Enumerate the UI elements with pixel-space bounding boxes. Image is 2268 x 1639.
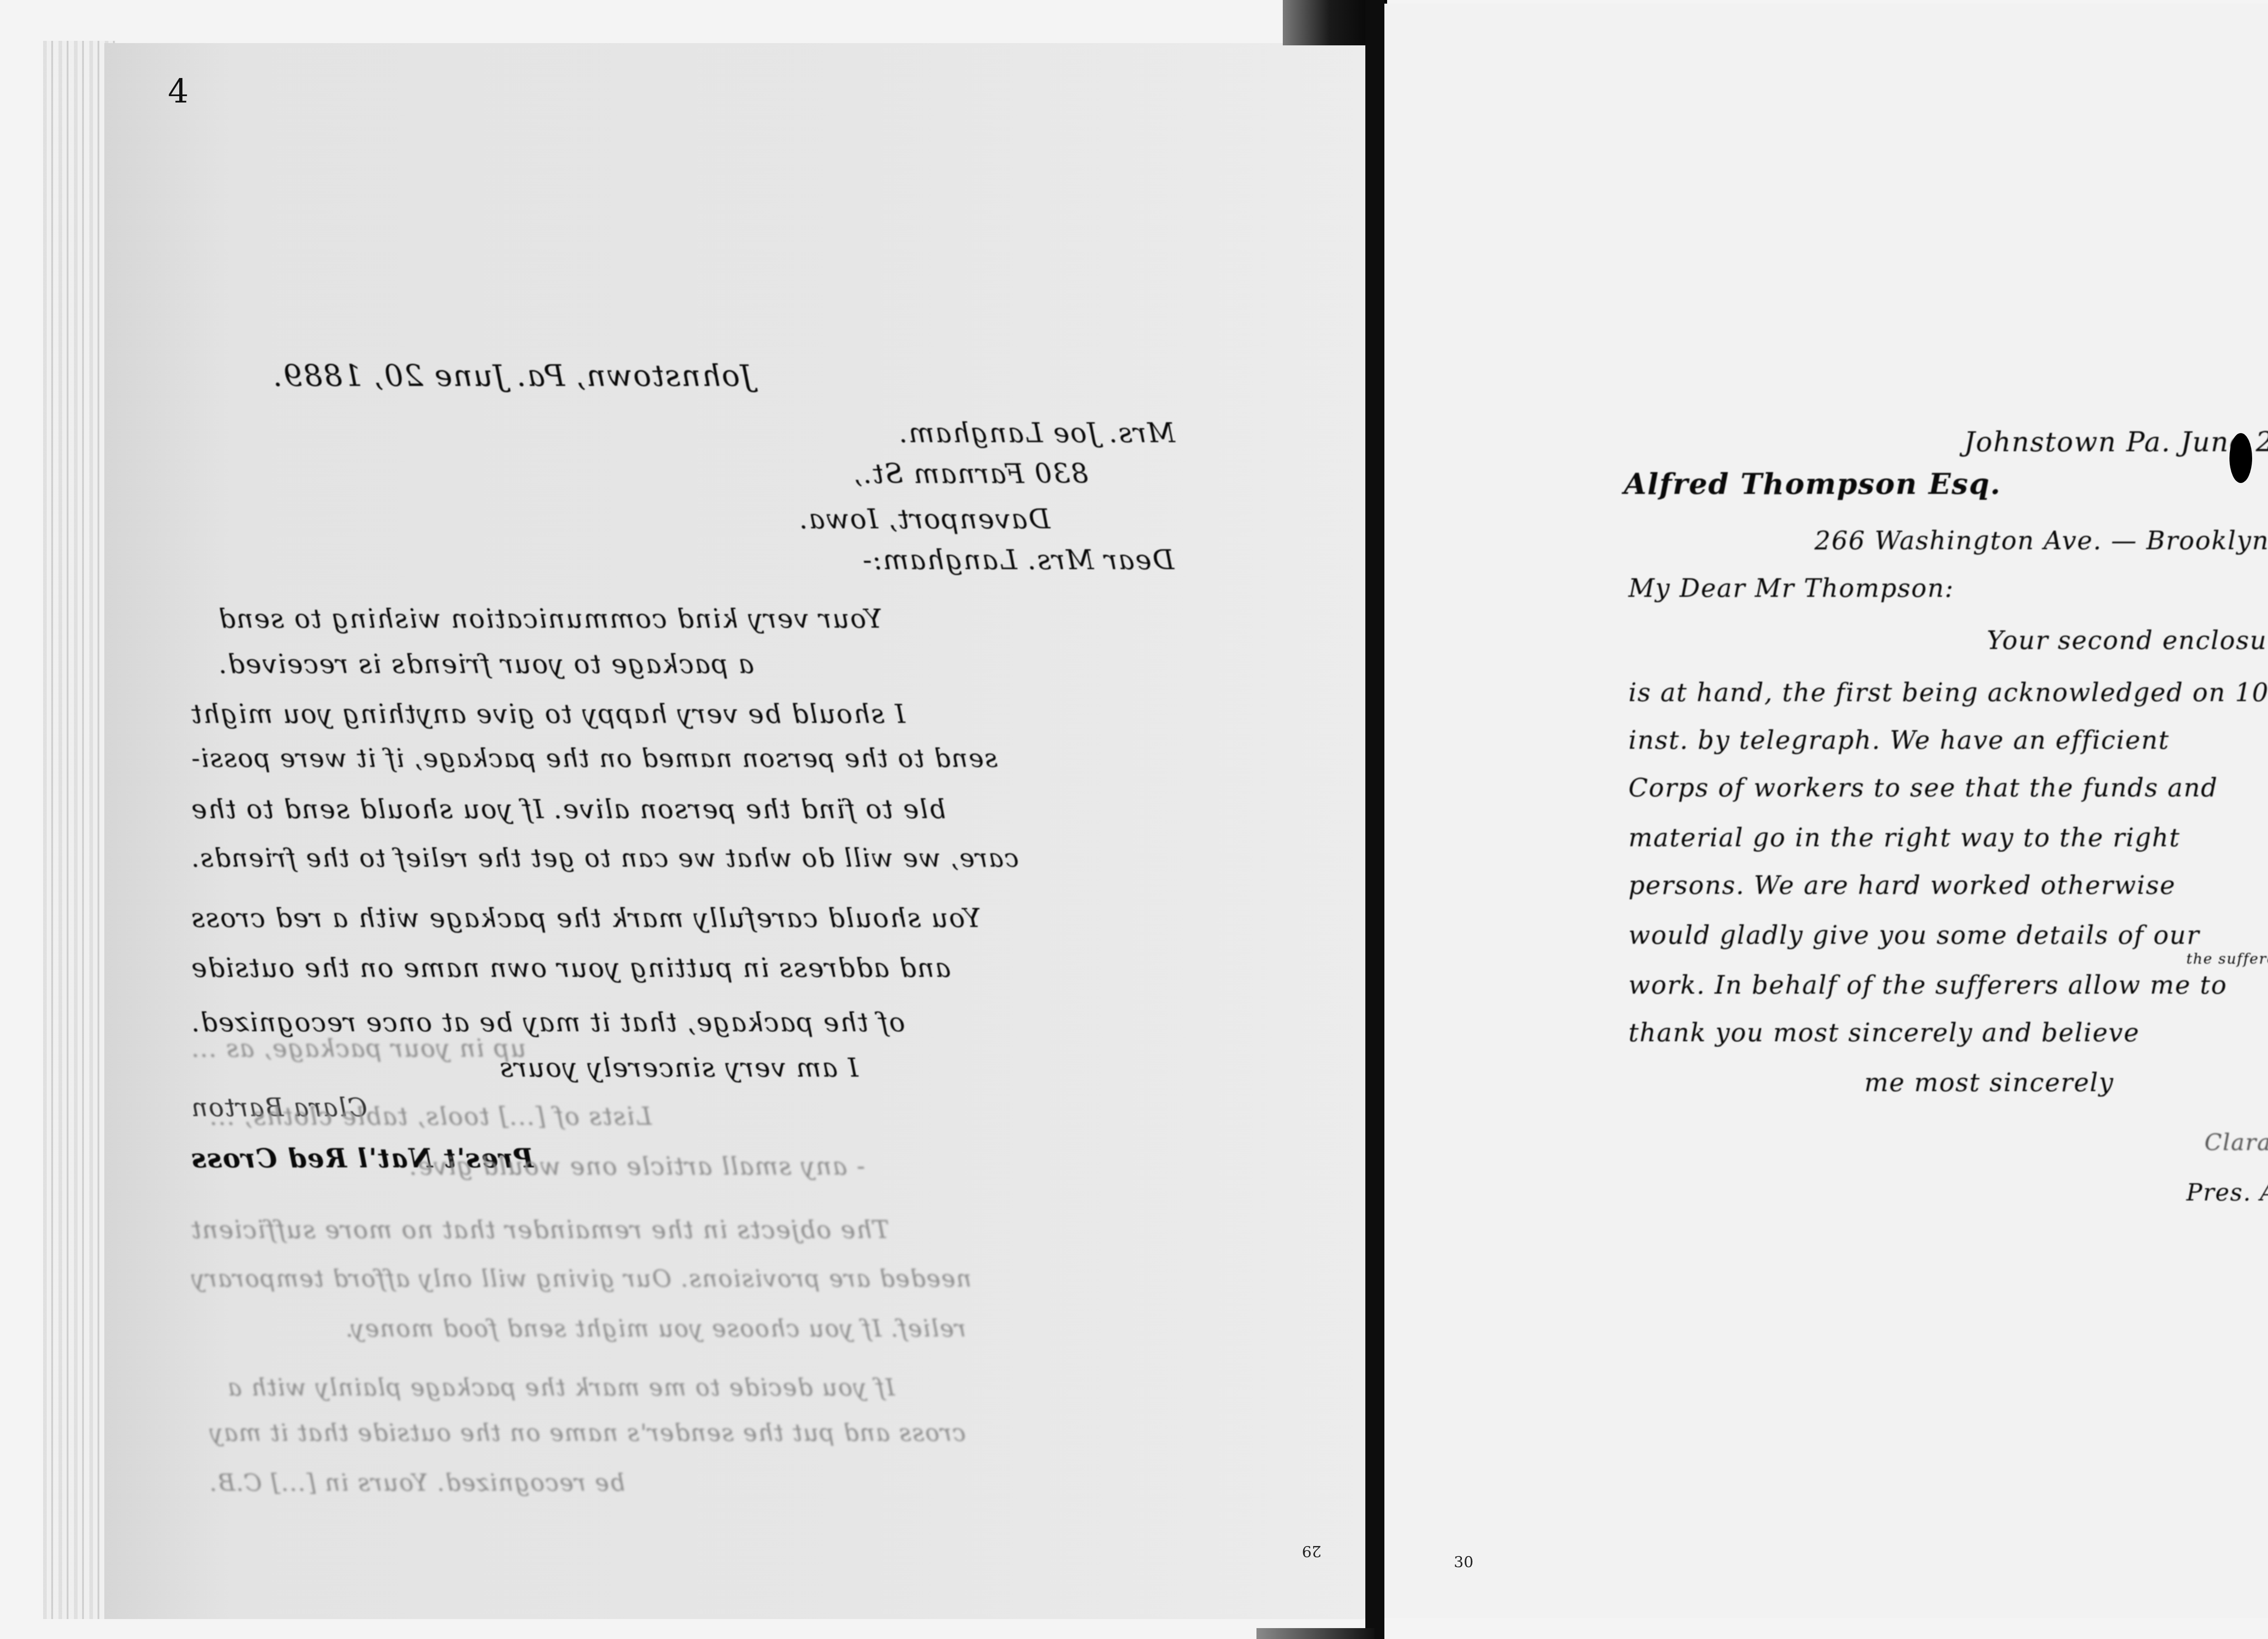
left-page-number: 4 [168,73,189,111]
right-recipient: Alfred Thompson Esq. [1624,467,2001,501]
left-faded-line: cross and put the sender's name on the o… [209,1419,966,1447]
right-address: 266 Washington Ave. — Brooklyn N.Y. [1814,526,2268,556]
right-page [1384,4,2268,1618]
left-body-line: Your very kind communication wishing to … [218,603,882,634]
right-body-line: Corps of workers to see that the funds a… [1628,773,2218,803]
left-body-line: I should be very happy to give anything … [191,698,905,729]
right-signature: Clara Barton [2204,1129,2268,1156]
left-faded-line: be recognized. Yours in [...] C.B. [209,1469,625,1497]
left-faded-line: Lists of [...] tools, table cloths, ... [209,1102,652,1131]
left-body-line: care, we will do what we can to get the … [191,844,1019,873]
right-salutation: My Dear Mr Thompson: [1628,574,1954,603]
right-body-line: persons. We are hard worked otherwise [1628,871,2176,900]
left-recipient-line-2: 830 Farnam St., [853,458,1088,490]
left-recipient-line-1: Mrs. Joe Langham. [898,417,1175,449]
left-dateline: Johnstown, Pa. June 20, 1889. [272,358,753,393]
right-body-line: work. In behalf of the sufferers allow m… [1628,971,2227,1000]
right-body-line: would gladly give you some details of ou… [1628,921,2200,950]
left-faded-line: needed are provisions. Our giving will o… [191,1265,972,1293]
left-faded-line: - any small article one would give. [408,1152,865,1180]
left-faded-line: The objects in the remainder that no mor… [191,1215,889,1244]
left-body-line: a package to your friends is received. [218,649,754,679]
left-folio-number: 29 [1302,1542,1321,1560]
left-body-line: You should carefully mark the package wi… [191,902,981,933]
right-body-line: material go in the right way to the righ… [1628,823,2180,853]
right-body-line: Your second enclosure of $ [1987,626,2268,655]
right-dateline: Johnstown Pa. June 2[?] 1889 [1964,426,2268,458]
right-folio-number: 30 [1454,1553,1473,1571]
right-body-line: is at hand, the first being acknowledged… [1628,678,2268,707]
left-body-line: send to the person named on the package,… [191,744,997,773]
left-body-line: ble to find the person alive. If you sho… [191,794,946,824]
left-salutation: Dear Mrs. Langham:- [862,544,1174,576]
right-interlinear-insert: the sufferers [2186,950,2268,967]
left-body-line: of the package, that it may be at once r… [191,1007,905,1038]
left-body-line: and address in putting your own name on … [191,952,951,983]
left-faded-line: up in your package, as ... [191,1034,526,1063]
right-body-line: thank you most sincerely and believe [1628,1018,2140,1048]
left-closing: I am very sincerely yours [499,1052,858,1083]
left-faded-line: If you decide to me mark the package pla… [227,1374,895,1401]
left-faded-line: relief. If you choose you might send foo… [345,1315,966,1342]
book-gutter [1365,0,1384,1639]
right-closing: me most sincerely [1864,1068,2114,1098]
gutter-bottom-shadow [1256,1628,1374,1639]
ink-blot [2229,433,2252,483]
right-signature-title: Pres. Am. Nat Red Cross [2186,1179,2268,1206]
left-recipient-line-3: Davenport, Iowa. [798,503,1050,535]
right-body-line: inst. by telegraph. We have an efficient [1628,726,2170,755]
